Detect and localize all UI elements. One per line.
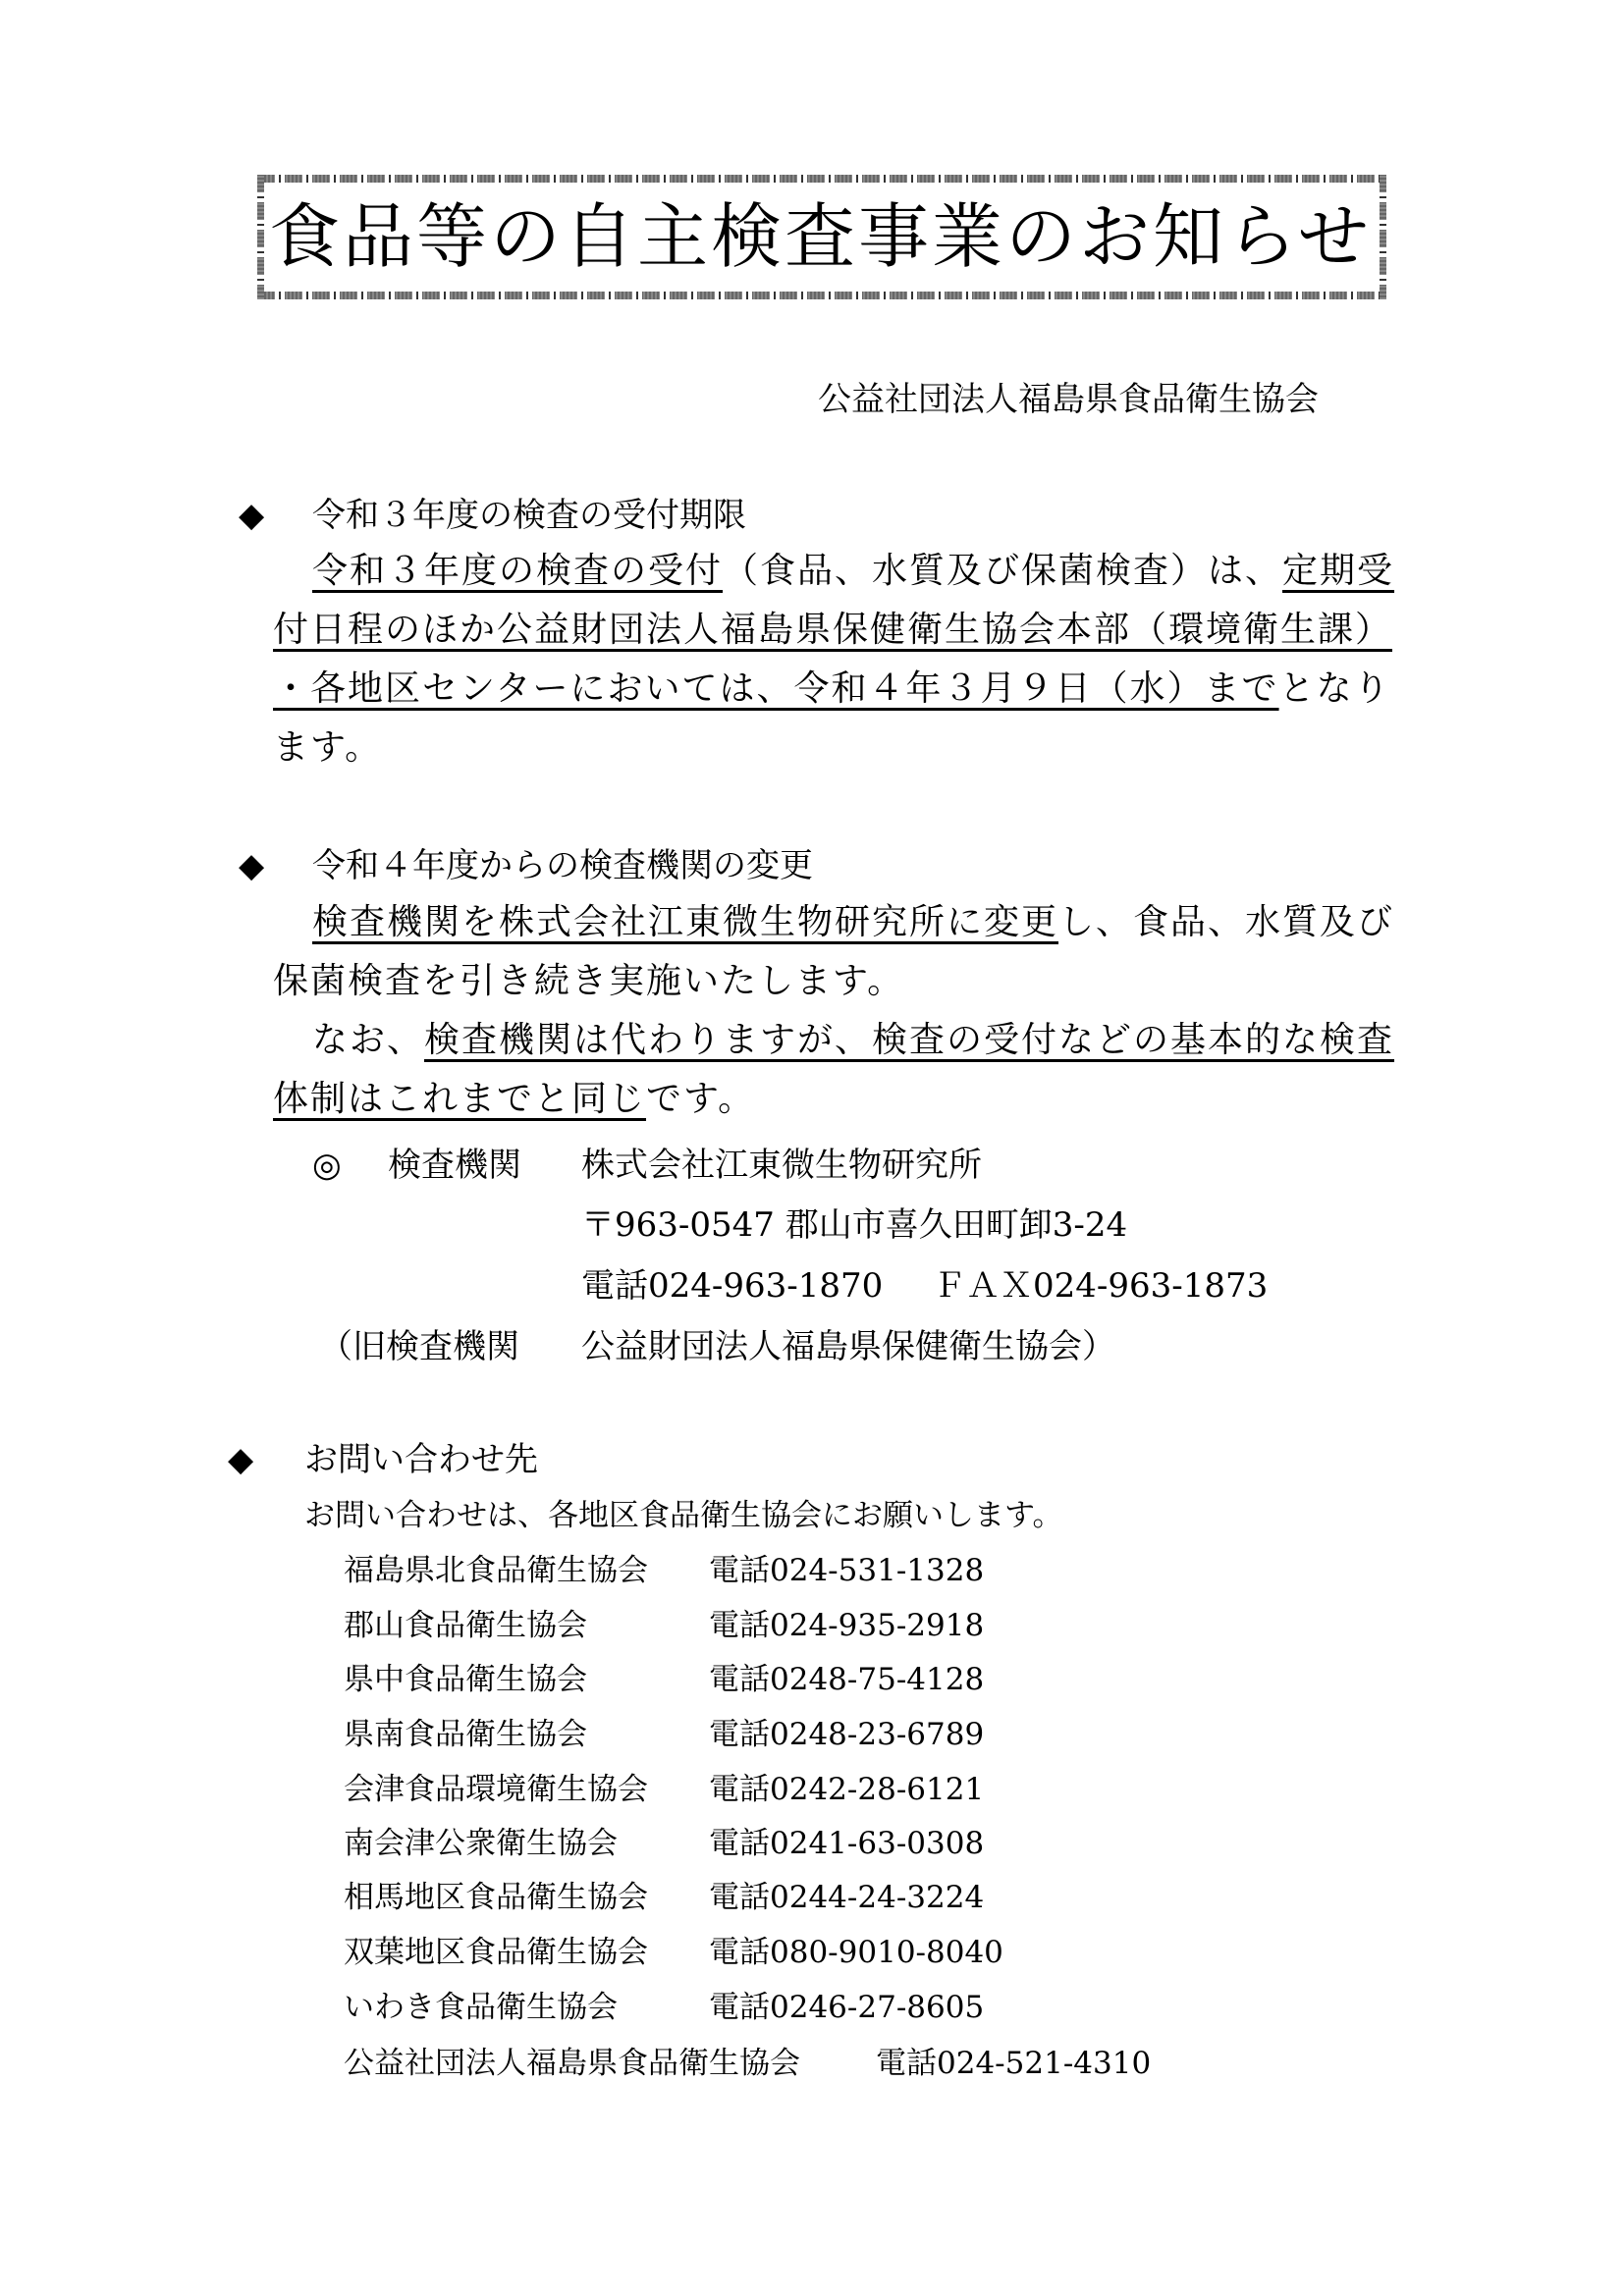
former-lab-label: （旧検査機関 <box>319 1325 519 1368</box>
contact-phone: 電話0248-23-6789 <box>709 1715 984 1754</box>
deadline-line-3: ・各地区センターにおいては、令和４年３月９日（水）までとなり <box>273 667 1391 711</box>
underlined-text: 体制はこれまでと同じ <box>273 1079 646 1119</box>
head-office-name: 公益社団法人福島県食品衛生協会 <box>344 2044 800 2083</box>
contact-name: 郡山食品衛生協会 <box>344 1606 587 1645</box>
title-border-top <box>257 175 1386 183</box>
plain-text: です。 <box>646 1079 755 1119</box>
contact-intro: お問い合わせは、各地区食品衛生協会にお願いします。 <box>304 1496 1063 1535</box>
head-office-phone: 電話024-521-4310 <box>876 2044 1151 2083</box>
section-heading-contact: お問い合わせ先 <box>304 1438 538 1481</box>
contact-name: いわき食品衛生協会 <box>344 1988 618 2027</box>
lab-change-para2-line2: 体制はこれまでと同じです。 <box>273 1078 755 1121</box>
plain-text: し、食品、水質及び <box>1058 902 1394 942</box>
former-lab-name: 公益財団法人福島県保健衛生協会） <box>581 1325 1115 1368</box>
contact-name: 相馬地区食品衛生協会 <box>344 1878 648 1917</box>
underlined-text: 付日程のほか公益財団法人福島県保健衛生協会本部（環境衛生課） <box>273 610 1392 650</box>
contact-phone: 電話0248-75-4128 <box>709 1660 984 1699</box>
title-border-bottom <box>257 292 1386 299</box>
document-title: 食品等の自主検査事業のお知らせ <box>269 192 1372 281</box>
contact-phone: 電話0246-27-8605 <box>709 1988 984 2027</box>
deadline-line-1: 令和３年度の検査の受付（食品、水質及び保菌検査）は、定期受 <box>312 550 1394 593</box>
lab-change-para1-line2: 保菌検査を引き続き実施いたします。 <box>273 960 904 1003</box>
deadline-line-4: ます。 <box>273 726 382 770</box>
contact-phone: 電話024-935-2918 <box>709 1606 984 1645</box>
contact-name: 双葉地区食品衛生協会 <box>344 1933 648 1972</box>
title-border-left <box>257 175 264 299</box>
contact-phone: 電話0241-63-0308 <box>709 1824 984 1863</box>
plain-text: （食品、水質及び保菌検査）は、 <box>723 551 1282 591</box>
underlined-text: 検査機関は代わりますが、検査の受付などの基本的な検査 <box>424 1020 1394 1060</box>
underlined-text: 令和３年度の検査の受付 <box>312 551 723 591</box>
underlined-text: 定期受 <box>1282 551 1394 591</box>
section-heading-deadline: 令和３年度の検査の受付期限 <box>312 494 746 537</box>
lab-change-para1-line1: 検査機関を株式会社江東微生物研究所に変更し、食品、水質及び <box>312 901 1394 944</box>
contact-name: 南会津公衆衛生協会 <box>344 1824 618 1863</box>
diamond-bullet-icon: ◆ <box>239 844 264 887</box>
contact-name: 県南食品衛生協会 <box>344 1715 587 1754</box>
contact-phone: 電話0242-28-6121 <box>709 1770 984 1809</box>
contact-name: 会津食品環境衛生協会 <box>344 1770 648 1809</box>
underlined-text: ・各地区センターにおいては、令和４年３月９日（水）まで <box>273 668 1279 709</box>
underlined-text: 検査機関を株式会社江東微生物研究所に変更 <box>312 902 1058 942</box>
lab-label: 検査機関 <box>388 1144 521 1187</box>
lab-address: 〒963-0547 郡山市喜久田町卸3-24 <box>581 1203 1127 1247</box>
issuer-name: 公益社団法人福島県食品衛生協会 <box>818 378 1319 421</box>
diamond-bullet-icon: ◆ <box>228 1438 253 1481</box>
title-border-right <box>1380 175 1386 299</box>
diamond-bullet-icon: ◆ <box>239 494 264 537</box>
contact-name: 福島県北食品衛生協会 <box>344 1551 648 1590</box>
lab-phone: 電話024-963-1870 <box>581 1264 883 1308</box>
double-circle-icon: ◎ <box>312 1144 342 1187</box>
plain-text: なお、 <box>312 1020 424 1060</box>
plain-text: となり <box>1279 668 1391 709</box>
deadline-line-2: 付日程のほか公益財団法人福島県保健衛生協会本部（環境衛生課） <box>273 609 1392 652</box>
title-box: 食品等の自主検査事業のお知らせ <box>257 175 1386 299</box>
lab-name: 株式会社江東微生物研究所 <box>581 1144 982 1187</box>
contact-phone: 電話080-9010-8040 <box>709 1933 1003 1972</box>
lab-fax: ＦＡＸ024-963-1873 <box>933 1264 1268 1308</box>
contact-phone: 電話024-531-1328 <box>709 1551 984 1590</box>
contact-phone: 電話0244-24-3224 <box>709 1878 984 1917</box>
lab-change-para2-line1: なお、検査機関は代わりますが、検査の受付などの基本的な検査 <box>312 1019 1394 1062</box>
contact-name: 県中食品衛生協会 <box>344 1660 587 1699</box>
section-heading-lab-change: 令和４年度からの検査機関の変更 <box>312 844 813 887</box>
